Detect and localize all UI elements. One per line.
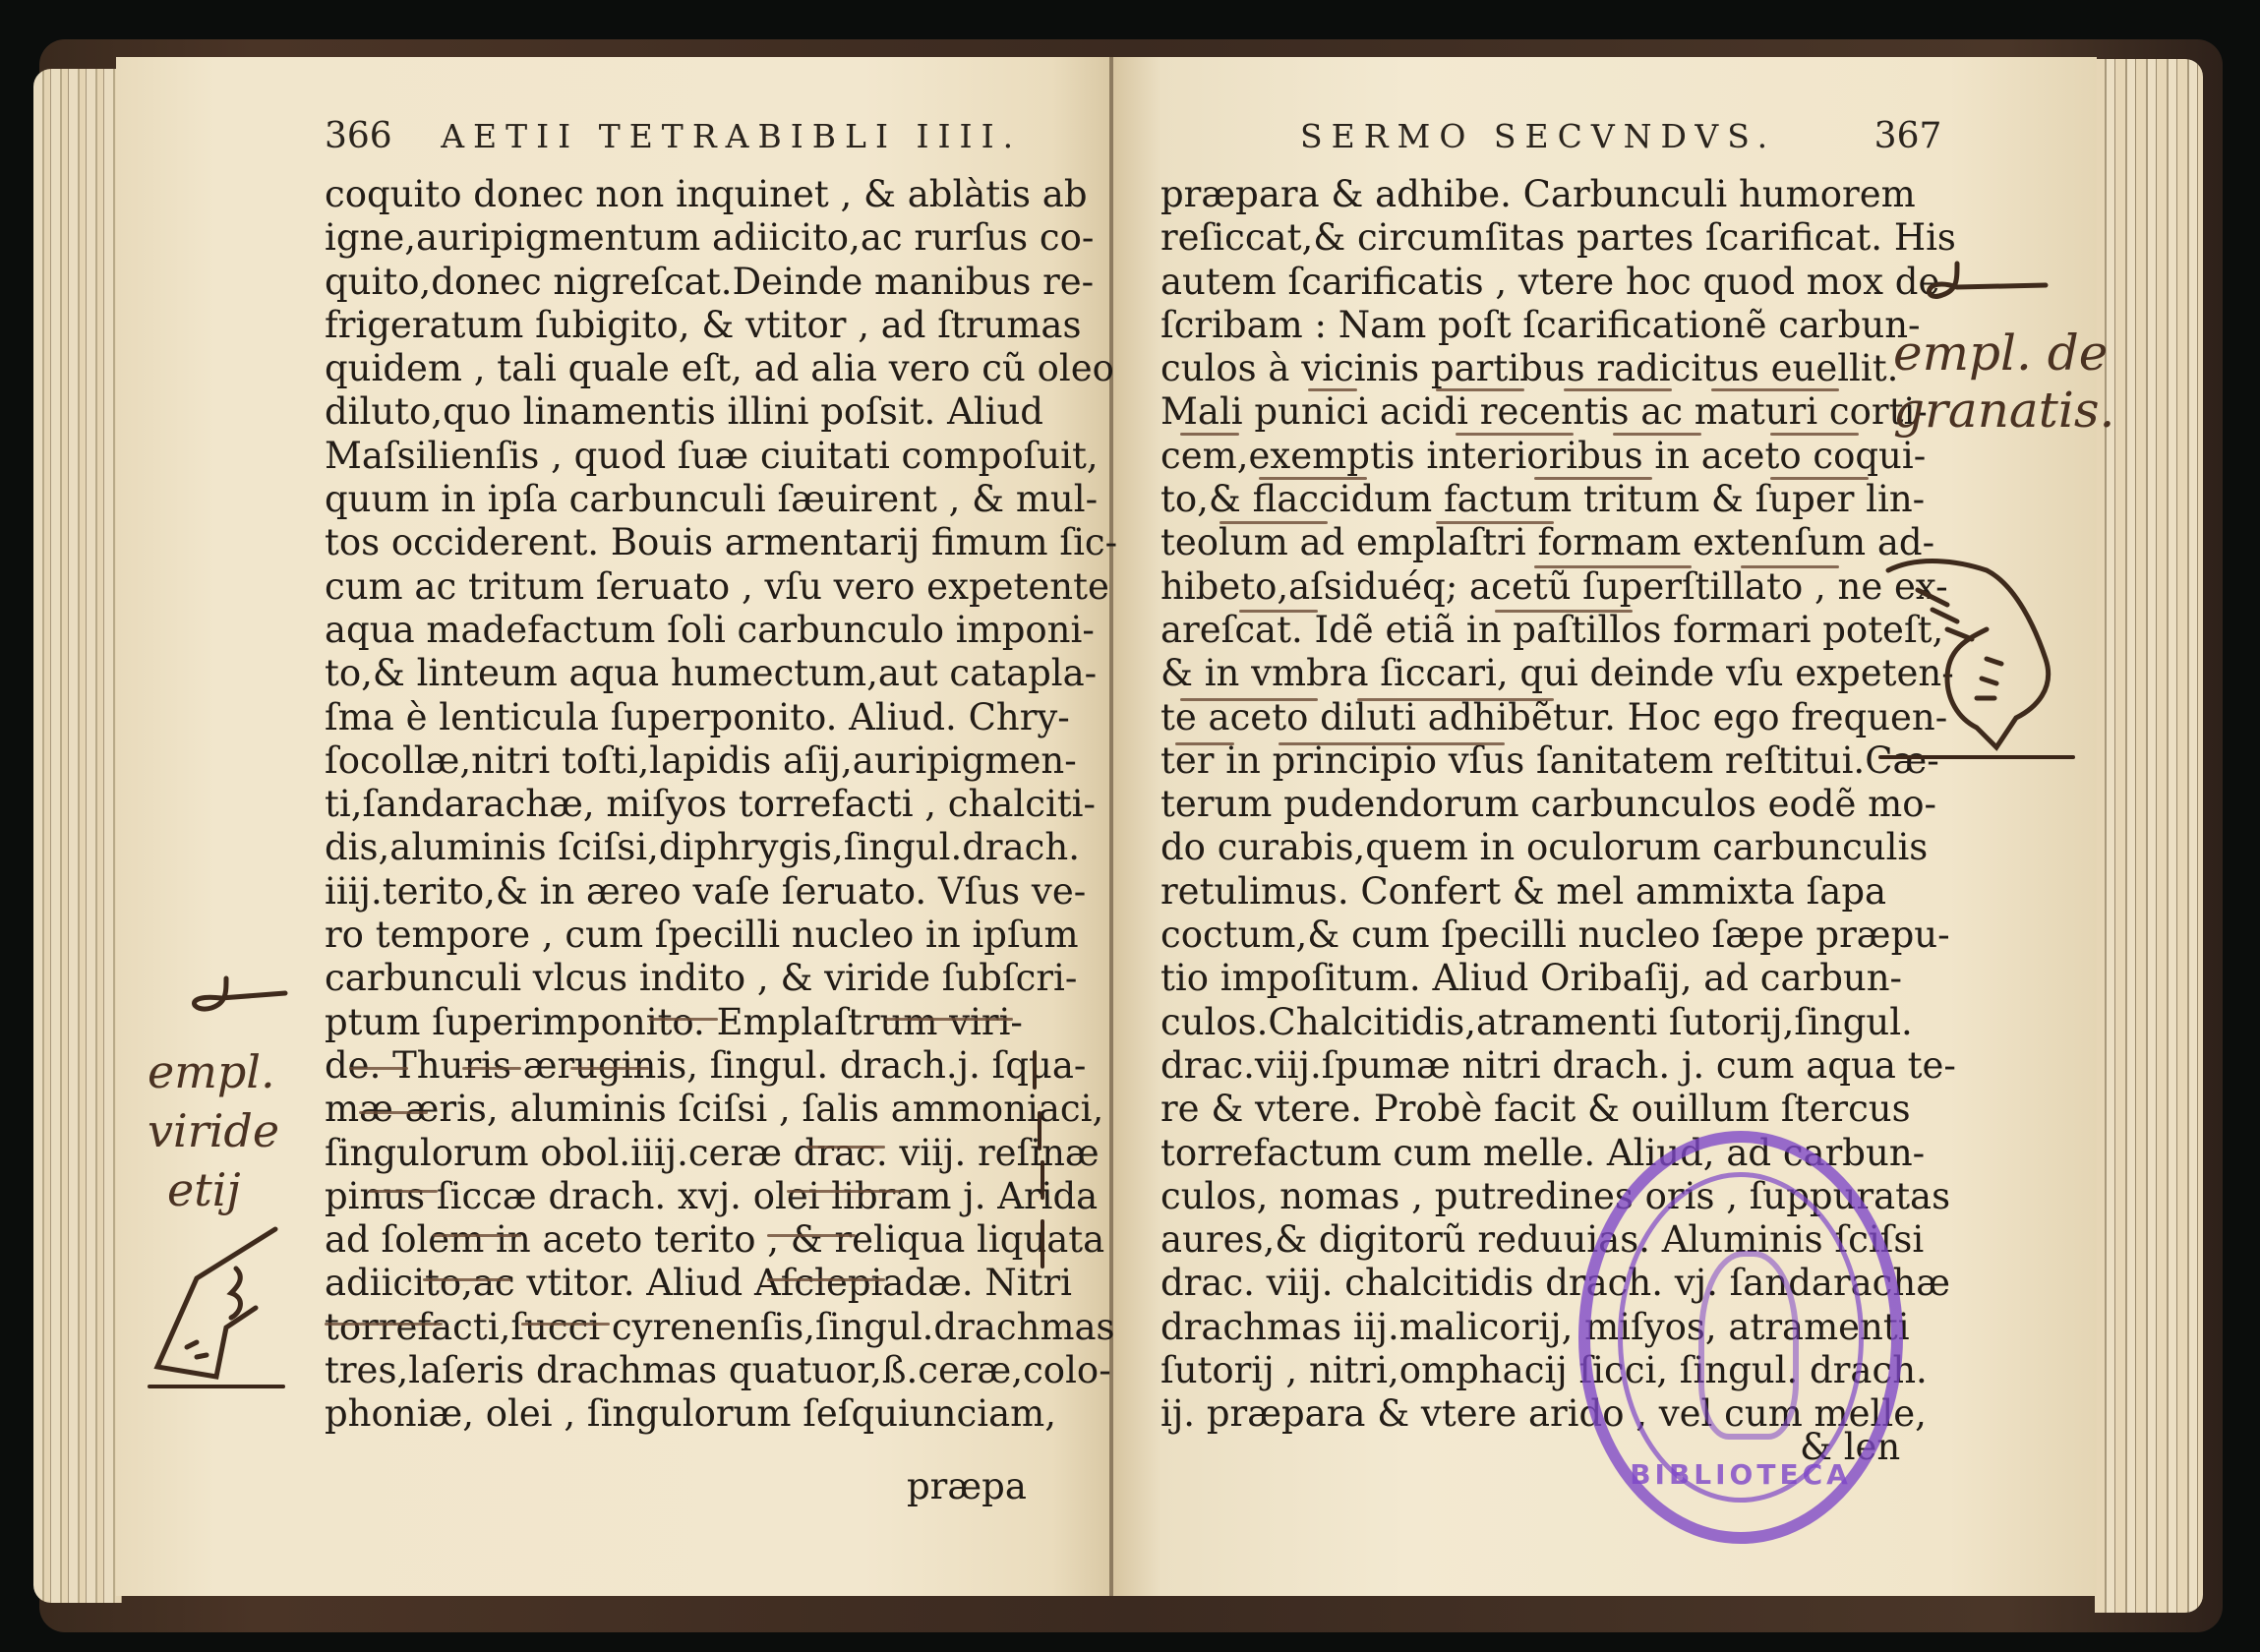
ink-underline: [1613, 433, 1701, 436]
ink-underline: [423, 1278, 511, 1281]
text-line: hibeto,aſsiduéq; acetũ ſuperſtillato , n…: [1160, 565, 1878, 609]
ink-underline: [1534, 477, 1652, 480]
text-line: cum ac tritum ſeruato , vſu vero expeten…: [325, 565, 1033, 609]
text-line: te aceto diluti adhibẽtur. Hoc ego frequ…: [1160, 696, 1878, 739]
text-line: phoniæ, olei , ſingulorum ſeſquiunciam,: [325, 1392, 1033, 1436]
text-line: & in vmbra ſiccari, qui deinde vſu expet…: [1160, 652, 1878, 695]
text-line: dis,aluminis ſciſsi,diphrygis,ſingul.dra…: [325, 826, 1033, 869]
right-running-title: SERMO SECVNDVS.: [1300, 117, 1776, 155]
text-line: pinus ſiccæ drach. xvj. olei libram j. A…: [325, 1175, 1033, 1218]
right-page-number: 367: [1874, 116, 1942, 156]
text-line: ptum ſuperimponito. Emplaſtrum viri-: [325, 1001, 1033, 1044]
ink-underline: [1259, 477, 1367, 480]
pilcrow-mark-icon: [177, 969, 295, 1028]
left-catchword: præpa: [907, 1465, 1027, 1507]
text-line: to,& flaccidum factum tritum & ſuper lin…: [1160, 478, 1878, 521]
text-line: culos à vicinis partibus radicitus euell…: [1160, 347, 1878, 390]
margin-bracket: [1033, 1050, 1037, 1090]
text-line: mæ æris, aluminis ſciſsi , ſalis ammonia…: [325, 1088, 1033, 1131]
margin-rule: [148, 1385, 285, 1388]
library-stamp: BIBLIOTECA: [1578, 1131, 1903, 1544]
ink-underline: [1770, 433, 1859, 436]
text-line: iiij.terito,& in æreo vaſe ſeruato. Vſus…: [325, 870, 1033, 914]
ink-underline: [1495, 610, 1633, 613]
ink-underline: [806, 1146, 885, 1149]
text-line: de. Thuris æruginis, ſingul. drach.j. ſq…: [325, 1044, 1033, 1088]
text-line: do curabis,quem in oculorum carbunculis: [1160, 826, 1878, 869]
ink-underline: [1436, 521, 1554, 524]
stamp-figure-icon: [1698, 1251, 1799, 1440]
text-line: ti,ſandarachæ, miſyos torrefacti , chalc…: [325, 783, 1033, 826]
ink-underline: [1564, 388, 1672, 391]
right-margin-note: empl. de granatis.: [1893, 324, 2114, 439]
ink-underline: [1219, 521, 1328, 524]
left-page-number: 366: [325, 116, 392, 156]
text-line: re & vtere. Probè facit & ouillum ſtercu…: [1160, 1088, 1878, 1131]
text-line: tio impoſitum. Aliud Oribaſij, ad carbun…: [1160, 957, 1878, 1000]
text-line: ſcribam : Nam poſt ſcarificationẽ carbun…: [1160, 304, 1878, 347]
ink-underline: [1357, 698, 1554, 701]
ink-underline: [1175, 742, 1234, 745]
text-line: aqua madefactum ſoli carbunculo imponi-: [325, 609, 1033, 652]
left-margin-note: empl. viride etij: [148, 1042, 279, 1219]
ink-underline: [649, 1018, 718, 1021]
text-line: drac.viij.ſpumæ nitri drach. j. cum aqua…: [1160, 1044, 1878, 1088]
text-line: coquito donec non inquinet , & ablàtis a…: [325, 173, 1033, 216]
text-line: tos occiderent. Bouis armentarij fimum ſ…: [325, 521, 1033, 564]
stamp-text: BIBLIOTECA: [1590, 1458, 1891, 1491]
text-line: adiicito,ac vtitor. Aliud Aſclepiadæ. Ni…: [325, 1262, 1033, 1305]
text-line: terum pudendorum carbunculos eodẽ mo-: [1160, 783, 1878, 826]
text-line: teolum ad emplaſtri formam extenſum ad-: [1160, 521, 1878, 564]
text-line: torrefacti,ſucci cyrenenſis,ſingul.drach…: [325, 1306, 1033, 1349]
ink-underline: [349, 1067, 408, 1070]
ink-underline: [1180, 698, 1318, 701]
manicule-icon: [138, 1209, 295, 1396]
ink-underline: [1436, 388, 1524, 391]
text-line: carbunculi vlcus indito , & viride ſubſc…: [325, 957, 1033, 1000]
text-line: to,& linteum aqua humectum,aut catapla-: [325, 652, 1033, 695]
ink-underline: [462, 1067, 521, 1070]
ink-underline: [767, 1234, 856, 1237]
text-line: ſocollæ,nitri toſti,lapidis aſij,auripig…: [325, 739, 1033, 783]
margin-bracket: [1041, 1160, 1044, 1200]
text-line: coctum,& cum ſpecilli nucleo ſæpe præpu-: [1160, 914, 1878, 957]
text-line: diluto,quo linamentis illini poſsit. Ali…: [325, 390, 1033, 434]
page-edges-left: [33, 69, 122, 1603]
text-line: igne,auripigmentum adiicito,ac rurſus co…: [325, 216, 1033, 260]
margin-note-line: granatis.: [1893, 382, 2114, 439]
text-line: ter in principio vſus ſanitatem reſtitui…: [1160, 739, 1878, 783]
ink-underline: [787, 1190, 905, 1193]
text-line: ſingulorum obol.iiij.ceræ drac. viij. re…: [325, 1132, 1033, 1175]
left-running-head: 366 AETII TETRABIBLI IIII.: [325, 116, 1022, 156]
margin-note-line: empl.: [148, 1042, 279, 1101]
manicule-icon: [1878, 551, 2075, 757]
text-line: ſma è lenticula ſuperponito. Aliud. Chry…: [325, 696, 1033, 739]
text-line: ad ſolem in aceto terito , & reliqua liq…: [325, 1218, 1033, 1262]
ink-underline: [1741, 565, 1839, 568]
text-line: areſcat. Idẽ etiã in paſtillos formari p…: [1160, 609, 1878, 652]
ink-underline: [521, 1323, 610, 1326]
text-line: autem ſcarificatis , vtere hoc quod mox …: [1160, 261, 1878, 304]
ink-underline: [570, 1067, 649, 1070]
ink-underline: [885, 1018, 1013, 1021]
right-running-head: SERMO SECVNDVS. 367: [1300, 116, 1941, 156]
text-line: Mali punici acidi recentis ac maturi cor…: [1160, 390, 1878, 434]
ink-underline: [369, 1190, 438, 1193]
pilcrow-mark-icon: [1918, 256, 2055, 315]
text-line: Maſsilienſis , quod ſuæ ciuitati compoſu…: [325, 435, 1033, 478]
margin-bracket: [1041, 1219, 1044, 1268]
ink-underline: [1770, 477, 1869, 480]
text-line: tres,laſeris drachmas quatuor,ß.ceræ,col…: [325, 1349, 1033, 1392]
text-line: reſiccat,& circumſitas partes ſcarificat…: [1160, 216, 1878, 260]
ink-underline: [1711, 388, 1839, 391]
left-running-title: AETII TETRABIBLI IIII.: [441, 117, 1022, 155]
text-line: frigeratum ſubigito, & vtitor , ad ſtrum…: [325, 304, 1033, 347]
text-line: quidem , tali quale eſt, ad alia vero cũ…: [325, 347, 1033, 390]
ink-underline: [1180, 433, 1239, 436]
margin-bracket: [1038, 1111, 1041, 1150]
text-line: cem,exemptis interioribus in aceto coqui…: [1160, 435, 1878, 478]
text-line: præpara & adhibe. Carbunculi humorem: [1160, 173, 1878, 216]
left-text-block: coquito donec non inquinet , & ablàtis a…: [325, 173, 1033, 1437]
ink-underline: [1456, 433, 1574, 436]
ink-underline: [1534, 565, 1692, 568]
margin-note-line: viride: [148, 1101, 279, 1160]
text-line: ro tempore , cum ſpecilli nucleo in ipſu…: [325, 914, 1033, 957]
ink-underline: [767, 1278, 885, 1281]
text-line: retulimus. Confert & mel ammixta ſapa: [1160, 870, 1878, 914]
ink-underline: [359, 1111, 428, 1114]
text-line: culos.Chalcitidis,atramenti ſutorij,ſing…: [1160, 1001, 1878, 1044]
ink-underline: [1308, 388, 1357, 391]
margin-rule: [1878, 755, 2075, 759]
ink-underline: [325, 1323, 443, 1326]
margin-note-line: empl. de: [1893, 324, 2114, 382]
ink-underline: [433, 1234, 521, 1237]
text-line: quum in ipſa carbunculi ſæuirent , & mul…: [325, 478, 1033, 521]
text-line: quito,donec nigreſcat.Deinde manibus re-: [325, 261, 1033, 304]
page-edges-right: [2095, 59, 2203, 1613]
ink-underline: [1279, 742, 1505, 745]
ink-underline: [1239, 610, 1318, 613]
